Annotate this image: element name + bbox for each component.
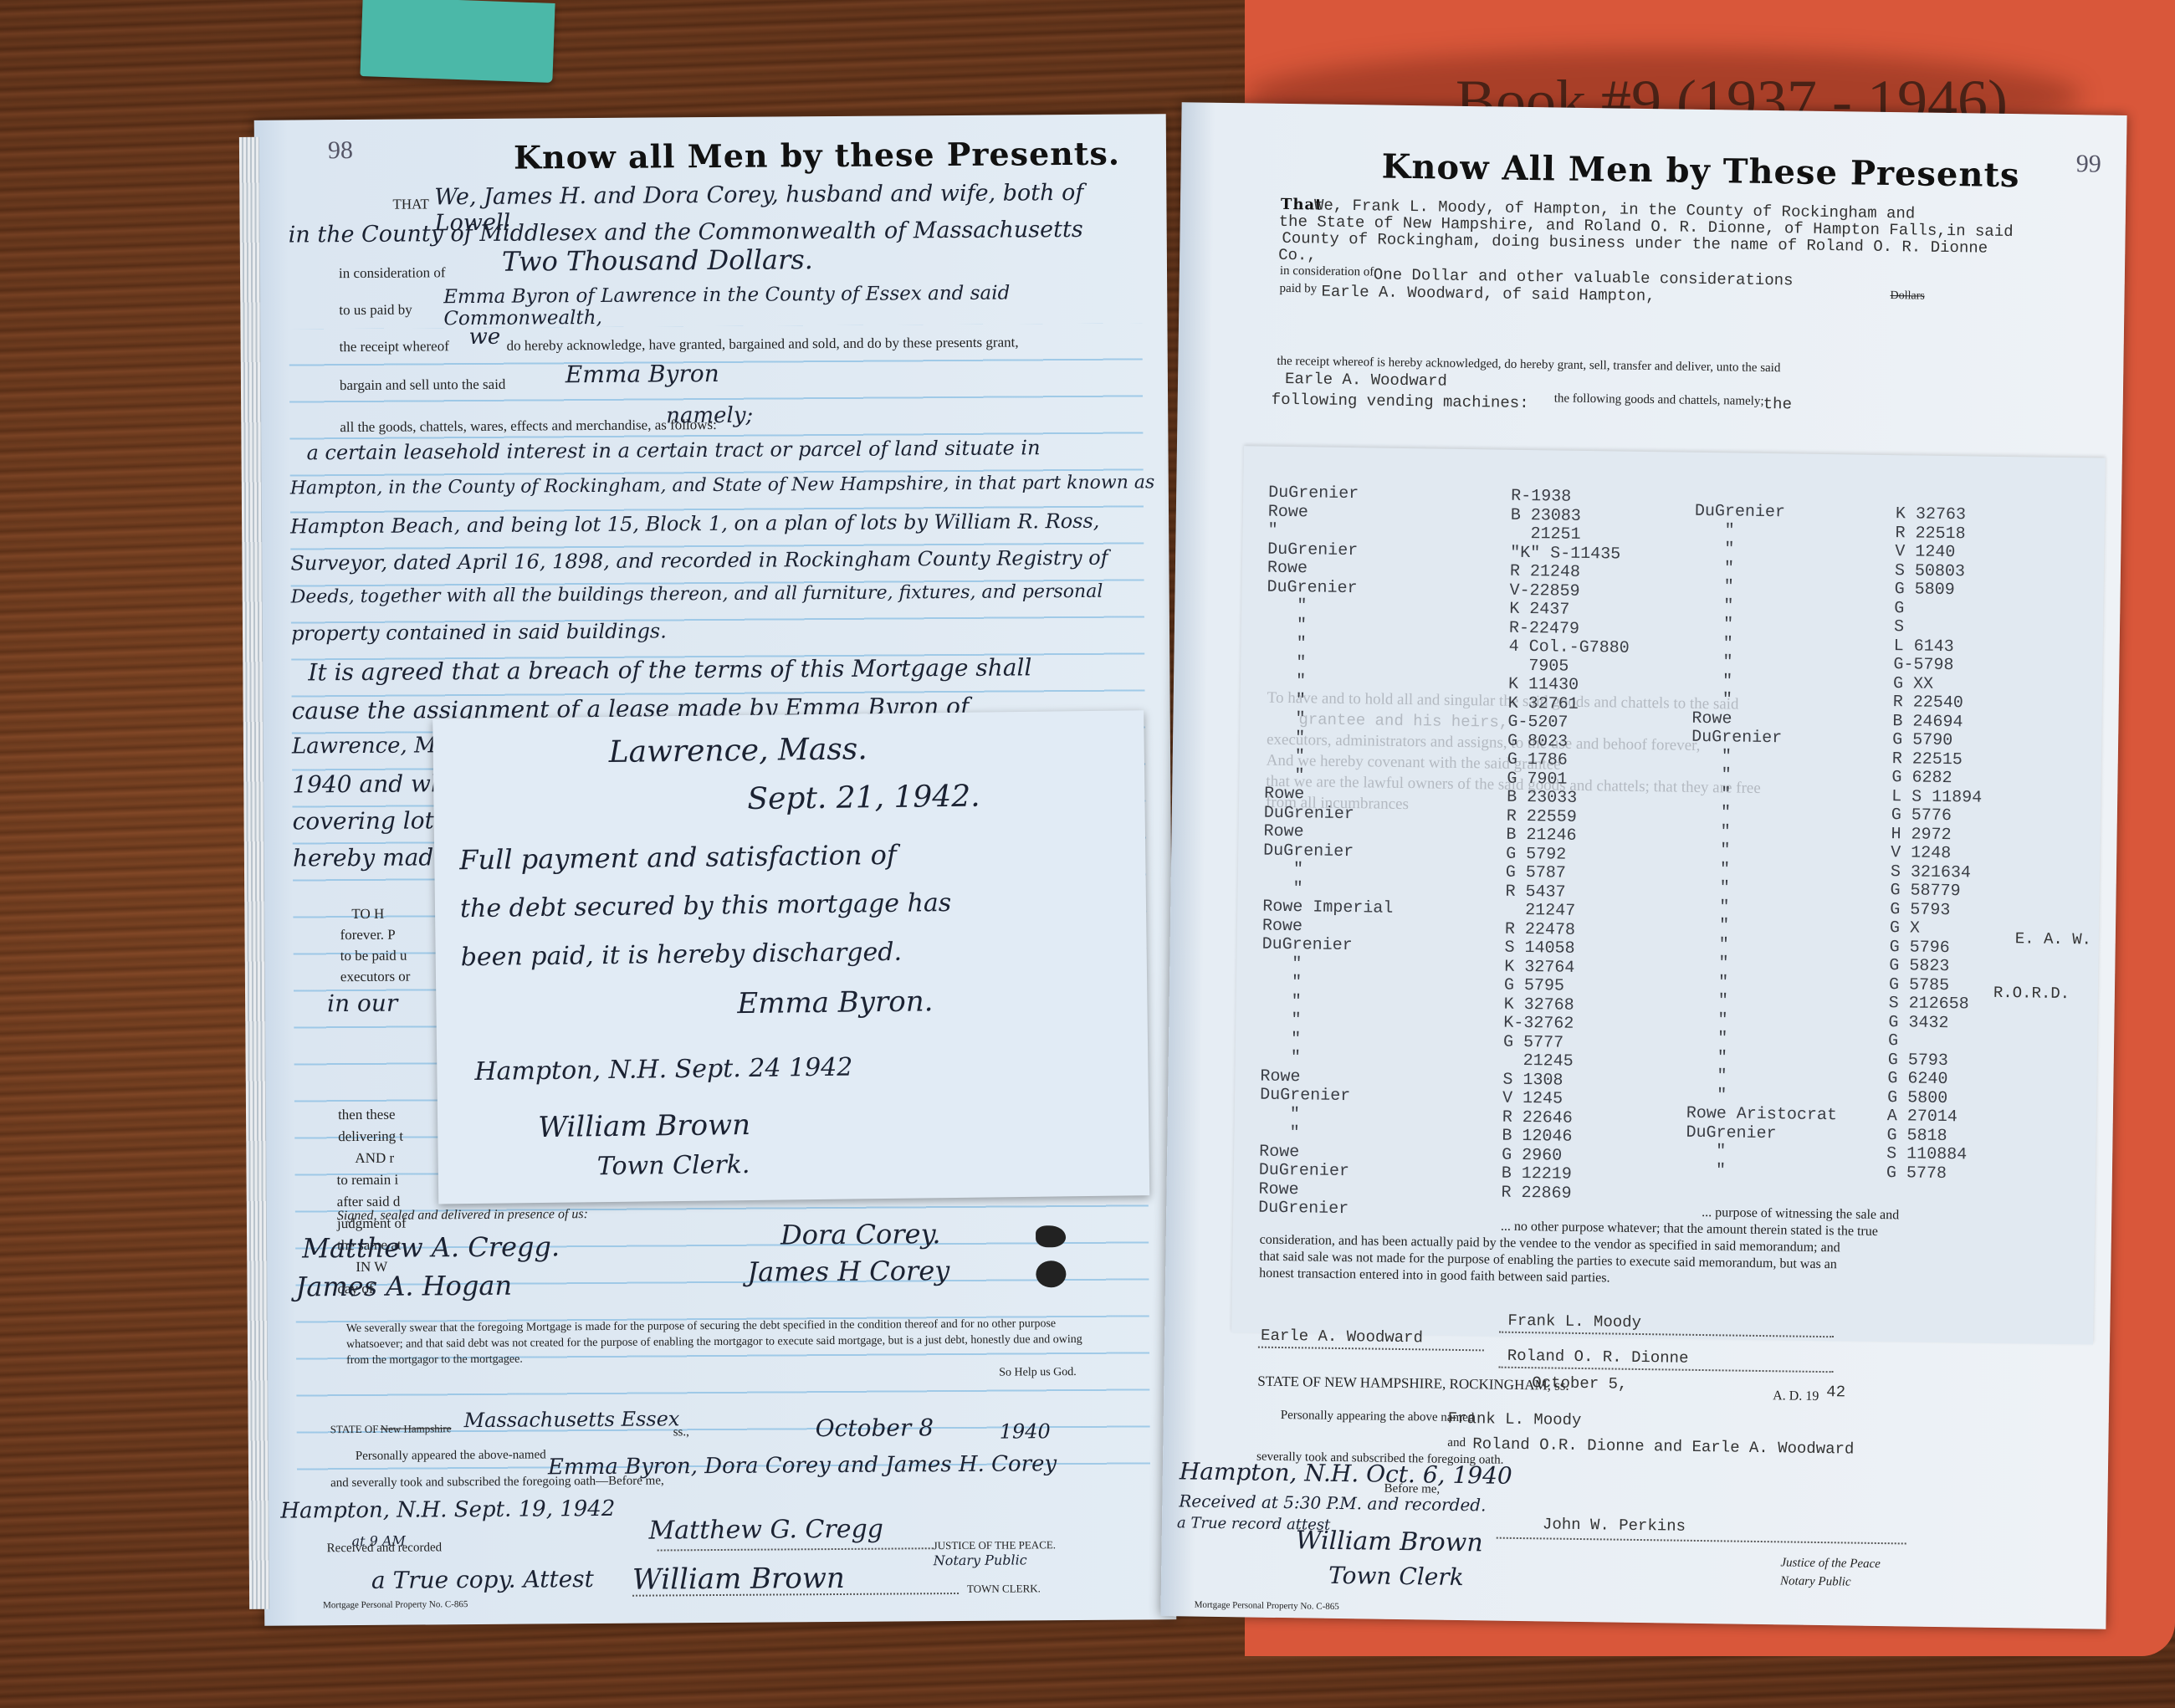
machine-serial: R 22540 <box>1893 693 1983 713</box>
clerk-signature: William Brown <box>632 1562 845 1597</box>
received-date-hand: Hampton, N.H. Sept. 19, 1942 <box>280 1496 615 1524</box>
machine-make: DuGrenier <box>1259 1162 1389 1183</box>
body-line: It is agreed that a breach of the terms … <box>308 653 1031 686</box>
parties-line: Co., <box>1278 246 1317 265</box>
machine-make: DuGrenier <box>1260 1087 1390 1107</box>
state-struck: New Hampshire <box>381 1422 452 1436</box>
machine-serial: G 5785 <box>1889 976 1979 996</box>
paid-by-label: paid by <box>1279 282 1317 297</box>
machine-make: Rowe <box>1267 560 1398 580</box>
ss-label: ss., <box>673 1425 689 1440</box>
oath-text: We severally swear that the foregoing Mo… <box>346 1316 1082 1368</box>
clerk-title: TOWN CLERK. <box>967 1582 1041 1596</box>
machine-serial: K 32763 <box>1896 505 1986 525</box>
buyer-signature: Earle A. Woodward <box>1261 1327 1423 1347</box>
form-label: bargain and sell unto the said <box>340 376 506 394</box>
machine-serial: S 110884 <box>1886 1145 1977 1165</box>
notary-title: Notary Public <box>1780 1574 1851 1589</box>
fragment: to be paid u <box>340 948 407 965</box>
machine-make: DuGrenier <box>1258 1199 1389 1220</box>
note-recorded: Hampton, N.H. Sept. 24 1942 <box>474 1052 852 1087</box>
recorded-hand: Received at 5:30 P.M. and recorded. <box>1179 1491 1486 1515</box>
machine-serial: G-5207 <box>1507 713 1628 734</box>
state-line: STATE OF NEW HAMPSHIRE, ROCKINGHAM, ss. <box>1257 1373 1569 1394</box>
machine-list-col2-make: DuGrenier " " " " " " " " " "RoweDuGreni… <box>1686 503 1845 1182</box>
machine-serial: B 24694 <box>1892 713 1983 733</box>
ack-date: October 5, <box>1532 1373 1627 1394</box>
note-place: Lawrence, Mass. <box>608 732 867 770</box>
pasted-discharge-note: Lawrence, Mass. Sept. 21, 1942. Full pay… <box>432 710 1149 1204</box>
note-date: Sept. 21, 1942. <box>747 780 980 816</box>
seal-mark-icon <box>1036 1261 1066 1287</box>
machine-serial: B 23033 <box>1507 789 1627 810</box>
handwritten-amount: Two Thousand Dollars. <box>502 243 813 278</box>
machine-serial: R-1938 <box>1511 488 1631 509</box>
right-page: 99 Know All Men by These Presents That W… <box>1160 102 2126 1629</box>
ad-year: 42 <box>1826 1383 1845 1401</box>
appearing-label: Personally appearing the above named <box>1281 1409 1475 1425</box>
machine-serial: G 5776 <box>1891 806 1982 826</box>
page-number: 98 <box>328 136 353 165</box>
handwritten-namely: namely; <box>666 403 753 429</box>
machine-serial: G 5796 <box>1890 938 1980 959</box>
handwritten-we: we <box>468 325 500 350</box>
handwritten-county: in the County of Middlesex and the Commo… <box>289 217 1083 248</box>
body-line: property contained in said buildings. <box>291 619 667 645</box>
appearing-names: Roland O.R. Dionne and Earle A. Woodward <box>1472 1434 1854 1458</box>
machine-make: Rowe Imperial <box>1262 898 1393 919</box>
fragment: delivering t <box>338 1128 403 1146</box>
machine-serial: R 21248 <box>1510 563 1630 584</box>
machine-serial: 21247 <box>1505 902 1625 923</box>
machine-serial: G 5790 <box>1892 731 1983 751</box>
machine-serial: G 1786 <box>1507 751 1628 772</box>
signer-signature: Dora Corey. <box>780 1218 941 1250</box>
form-label: THAT <box>392 196 429 212</box>
ack-date: October 8 <box>816 1414 934 1442</box>
machine-make: " <box>1686 1161 1836 1182</box>
machine-list-col1-serial: R-1938B 23083 21251"K" S-11435R 21248V-2… <box>1501 488 1631 1223</box>
machine-make: " <box>1688 992 1839 1013</box>
machine-serial: S <box>1894 618 1984 638</box>
machine-make: " <box>1694 540 1845 561</box>
ad-label: A. D. 19 <box>1773 1388 1819 1404</box>
appearing-name: Frank L. Moody <box>1448 1409 1582 1429</box>
machine-make: DuGrenier <box>1695 503 1845 524</box>
machine-serial: K 2437 <box>1509 601 1630 621</box>
machine-serial: G 5809 <box>1894 580 1984 601</box>
handwritten-grantee: Emma Byron <box>565 360 719 388</box>
seal-mark-icon <box>1036 1225 1066 1247</box>
machine-make: " <box>1686 1067 1837 1088</box>
jp-typed: John W. Perkins <box>1543 1515 1686 1535</box>
received-label: Received and recorded <box>327 1541 443 1556</box>
machine-serial: B 12046 <box>1502 1128 1622 1148</box>
fragment-hand: in our <box>327 990 397 1018</box>
signature-line <box>1497 1537 1906 1545</box>
machine-serial: G 5778 <box>1886 1164 1977 1184</box>
note-signature: Emma Byron. <box>737 984 933 1020</box>
form-number: Mortgage Personal Property No. C-865 <box>1195 1600 1339 1612</box>
machine-serial: G 6240 <box>1887 1070 1978 1090</box>
machine-serial: G 6282 <box>1891 769 1982 789</box>
machine-serial: V 1245 <box>1502 1090 1623 1111</box>
jp-title-hand: Notary Public <box>934 1552 1027 1568</box>
machine-serial: H 2972 <box>1891 826 1981 846</box>
machine-make: " <box>1690 841 1840 862</box>
appearing-and: and <box>1447 1436 1466 1450</box>
machine-make: DuGrenier <box>1691 729 1842 749</box>
form-label: in consideration of <box>339 264 446 282</box>
machine-make: " <box>1693 616 1844 637</box>
form-label: all the goods, chattels, wares, effects … <box>340 417 717 436</box>
state-hand: Massachusetts Essex <box>463 1407 679 1432</box>
machine-make: " <box>1261 1011 1391 1032</box>
signature-line <box>658 1547 934 1551</box>
machine-serial: 21251 <box>1510 525 1630 546</box>
machine-serial: G 5793 <box>1888 1051 1978 1071</box>
machine-make: Rowe Aristocrat <box>1686 1105 1837 1126</box>
machine-serial: S 212658 <box>1889 995 1979 1015</box>
machine-list-col1-make: DuGrenierRowe"DuGrenierRoweDuGrenier " "… <box>1258 484 1399 1220</box>
machine-make: " <box>1265 748 1395 769</box>
machine-make: " <box>1263 861 1394 882</box>
jp-title: JUSTICE OF THE PEACE. <box>934 1538 1056 1552</box>
machine-make: " <box>1261 1049 1391 1070</box>
signature-line <box>1499 1367 1834 1373</box>
state-label: STATE OF <box>330 1423 379 1436</box>
clerk-title: Town Clerk <box>1328 1562 1464 1591</box>
witness-label: Signed, sealed and delivered in presence… <box>337 1207 588 1224</box>
machine-serial: V 1248 <box>1891 844 1981 864</box>
page-title: Know All Men by These Presents <box>1381 147 2020 196</box>
goods-typed: following vending machines: <box>1272 391 1529 412</box>
paid-by-value: Earle A. Woodward, of said Hampton, <box>1321 283 1655 306</box>
machine-serial: B 12219 <box>1502 1165 1622 1186</box>
initials-rord: R.O.R.D. <box>1993 984 2070 1003</box>
machine-serial: B 21246 <box>1506 826 1626 847</box>
machine-make: " <box>1692 653 1843 674</box>
machine-serial: G 58779 <box>1890 882 1980 902</box>
machine-make: " <box>1267 597 1397 618</box>
machine-make: Rowe <box>1263 823 1394 844</box>
goods-tail: the <box>1763 395 1793 413</box>
grantee-typed: Earle A. Woodward <box>1285 370 1447 391</box>
oath-close: So Help us God. <box>999 1366 1077 1380</box>
machine-make: DuGrenier <box>1261 936 1392 957</box>
machine-serial: R 22515 <box>1892 750 1983 770</box>
machine-make: " <box>1686 1143 1836 1163</box>
machine-serial: R 22518 <box>1895 524 1985 545</box>
form-label: the receipt whereof <box>340 338 449 355</box>
machine-serial: G 5823 <box>1889 957 1979 977</box>
machine-make: DuGrenier <box>1268 484 1399 505</box>
machine-make: " <box>1689 917 1840 938</box>
machine-make: " <box>1693 578 1844 599</box>
machine-serial: G XX <box>1893 675 1983 695</box>
machine-serial: G X <box>1890 919 1980 939</box>
severally-label: and severally took and subscribed the fo… <box>330 1474 664 1491</box>
handwritten-body: a certain leasehold interest in a certai… <box>254 114 1166 120</box>
machine-serial: G 5787 <box>1506 864 1626 885</box>
note-clerk-title: Town Clerk. <box>597 1150 750 1181</box>
jp-title: Justice of the Peace <box>1780 1556 1881 1572</box>
machine-serial: 21245 <box>1503 1052 1624 1073</box>
note-body-line: the debt secured by this mortgage has <box>460 888 952 923</box>
machine-serial: L 6143 <box>1894 637 1984 657</box>
machine-make: " <box>1259 1124 1389 1145</box>
seller-signature: Roland O. R. Dionne <box>1507 1347 1689 1368</box>
machine-make: " <box>1692 691 1843 712</box>
printed-fragments: TO H forever. P to be paid u executors o… <box>254 114 1166 120</box>
machine-make: " <box>1267 635 1397 656</box>
machine-make: " <box>1688 954 1839 975</box>
signature-line <box>1258 1347 1484 1352</box>
form-text: do hereby acknowledge, have granted, bar… <box>507 334 1019 354</box>
form-label: to us paid by <box>339 302 412 320</box>
form-number: Mortgage Personal Property No. C-865 <box>323 1599 468 1610</box>
machine-make: " <box>1266 672 1396 693</box>
seller-signature: Frank L. Moody <box>1507 1312 1641 1332</box>
consideration-label: in consideration of <box>1280 264 1374 280</box>
fragment: AND r <box>355 1150 394 1167</box>
initials-eaw: E. A. W. <box>2015 929 2092 949</box>
machine-serial: 4 Col.-G7880 <box>1508 638 1629 659</box>
fragment: then these <box>338 1107 396 1123</box>
page-number: 99 <box>2076 150 2101 178</box>
left-page: 98 Know all Men by these Presents. THAT … <box>254 114 1177 1626</box>
machine-serial: S 321634 <box>1891 863 1981 883</box>
machine-serial: A 27014 <box>1887 1107 1978 1128</box>
machine-make: " <box>1265 710 1395 731</box>
green-tape <box>360 0 555 83</box>
dollars-label: Dollars <box>1890 289 1924 304</box>
witness-signature: Matthew A. Cregg. <box>302 1230 560 1264</box>
fragment: to remain i <box>337 1172 399 1189</box>
machine-serial: V 1240 <box>1895 543 1985 563</box>
affidavit-line: ... purpose of witnessing the sale and <box>1702 1205 1899 1223</box>
machine-serial: L S 11894 <box>1891 788 1982 808</box>
ledger-book: 98 Know all Men by these Presents. THAT … <box>259 109 2133 1639</box>
machine-serial: G 3432 <box>1888 1014 1978 1034</box>
note-body-line: been paid, it is hereby discharged. <box>460 938 902 972</box>
fragment: TO H <box>351 906 384 923</box>
machine-make: " <box>1261 974 1392 995</box>
machine-serial: G 5795 <box>1504 977 1625 998</box>
machine-make: " <box>1267 522 1398 543</box>
machine-make: " <box>1691 766 1841 787</box>
fragment: executors or <box>340 969 411 986</box>
note-clerk-signature: William Brown <box>538 1108 750 1144</box>
machine-serial: K-32762 <box>1503 1015 1624 1036</box>
machine-make: " <box>1689 879 1840 900</box>
witness-signature: James A. Hogan <box>295 1270 512 1303</box>
machine-serial: G 5793 <box>1890 901 1980 921</box>
machine-make: " <box>1687 1030 1838 1051</box>
machine-serial: G 5818 <box>1886 1127 1977 1147</box>
jp-signature: Matthew G. Cregg <box>648 1515 883 1546</box>
machine-serial: S 50803 <box>1895 562 1985 582</box>
fragment: forever. P <box>340 927 395 943</box>
machine-serial: S 14058 <box>1504 939 1625 960</box>
true-copy-hand: a True copy. Attest <box>371 1565 594 1594</box>
machine-make: Rowe <box>1264 785 1395 806</box>
page-title: Know all Men by these Presents. <box>514 135 1120 176</box>
machine-serial: G <box>1888 1032 1978 1052</box>
appeared-label: Personally appeared the above-named <box>356 1448 546 1464</box>
machine-serial: K 11430 <box>1508 676 1629 697</box>
machine-list-col2-serial: K 32763R 22518V 1240S 50803G 5809GSL 614… <box>1886 505 1986 1184</box>
ack-year: 1940 <box>1000 1419 1051 1443</box>
goods-label: the following goods and chattels, namely… <box>1554 391 1764 408</box>
machine-make: " <box>1691 804 1841 825</box>
handwritten-payer: Emma Byron of Lawrence in the County of … <box>443 281 1167 330</box>
machine-make: Rowe <box>1268 503 1399 524</box>
note-body-line: Full payment and satisfaction of <box>459 839 897 876</box>
machine-serial: R 22869 <box>1501 1184 1621 1204</box>
recorded-hand: Hampton, N.H. Oct. 6, 1940 <box>1180 1457 1512 1490</box>
signer-signature: James H Corey <box>747 1255 949 1288</box>
machine-serial: G-5798 <box>1893 656 1983 676</box>
clerk-signature: William Brown <box>1295 1526 1482 1557</box>
machine-serial: G <box>1894 600 1984 620</box>
machine-serial: G 5800 <box>1887 1089 1978 1109</box>
